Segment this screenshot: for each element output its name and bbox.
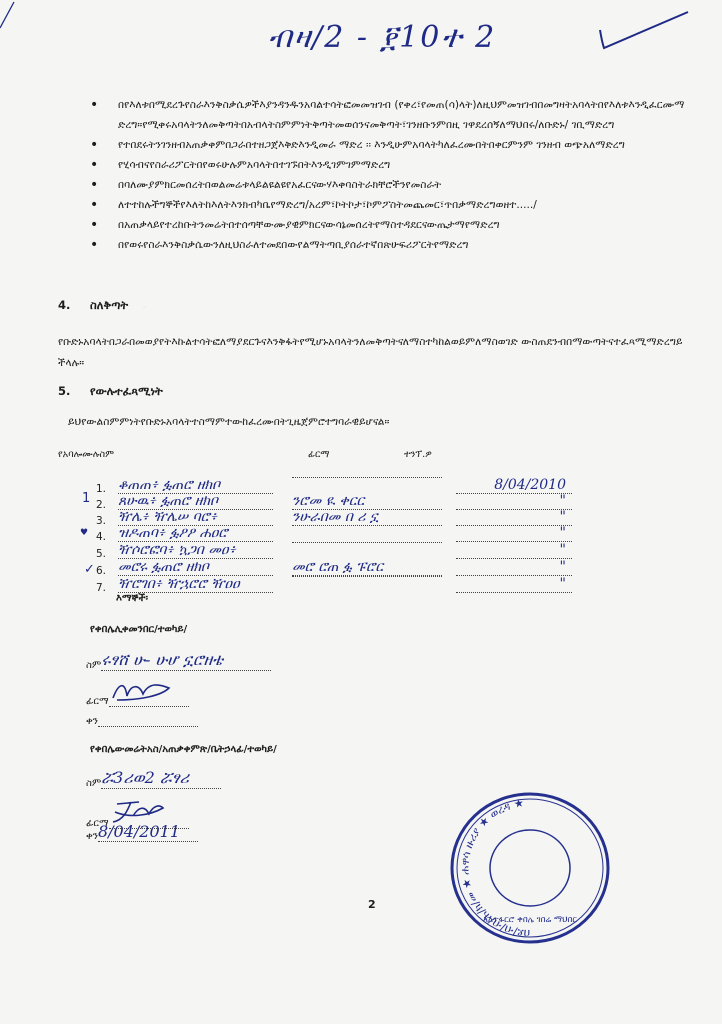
member-signature: ንሁራበመ በ ሪ ኗ [292, 509, 442, 526]
margin-mark: ✓ [84, 562, 95, 577]
signature-date: " [456, 559, 572, 576]
column-header-date: ተንፕ.ዎ [404, 449, 432, 460]
stamp-inner-text: ለለተፋርሮ ቀበሌ ገበሬ ማህበር [483, 915, 577, 925]
row-number: 4. [96, 531, 106, 543]
section-5-heading: 5.የውሉተፈጻሚነት [58, 384, 163, 399]
section-4-body: የቡድኑአባላትበጋራበመወያየትእኩልተሳትፎለማያደርጉናእንቅፋትየሚሆኑ… [58, 332, 683, 374]
section-number: 5. [58, 384, 90, 398]
member-name: ዥሶሮፎባ፥ ኳጋበ መዐ፥ [118, 542, 273, 559]
row-number: 2. [96, 499, 106, 511]
signature-scribble [109, 798, 169, 824]
member-name: ጸሁዉ፥ ፏጠሮ ዘክቦ [118, 493, 273, 510]
list-item: ለተተከሉችግኞችየእለትከእለትእንክብካቤየማድረግ/አረም፣ኮትኮታ፣ኮም… [90, 195, 690, 215]
kebele-chair-name-field: ስምሩፃሸ ሁ- ሁሆ ኗሮዘቴ [86, 650, 271, 671]
official-stamp: በደ/ብ/ብ/ሕ/ክ/መ ★ ሐዋሳ ዙሪያ ★ ወረዳ ★ ለለተፋርሮ ቀበ… [448, 790, 613, 946]
kebele-chair-signature-field: ፊርማ [86, 680, 189, 707]
signature-date: " [456, 576, 572, 593]
margin-mark: ♥ [80, 528, 88, 538]
kebele-chair-heading: የቀበሌሊቀመንበር/ተወካይ/ [90, 624, 187, 635]
column-header-name: የአባሎሙሉስም [58, 449, 114, 460]
section-number: 4. [58, 298, 90, 312]
land-office-date-field: ቀን8/04/2011 [86, 822, 198, 842]
member-signature [292, 542, 442, 543]
signature-date: " [456, 493, 572, 510]
member-name: ዥሌ፥ ዥሌሠ ባሮ፥ [118, 509, 273, 526]
member-signature: መሮ ሮጠ ፏ ፑሮር [292, 559, 442, 576]
row-number: 1. [96, 483, 106, 495]
member-name: ዝዶጠባ፥ ፏዖዖ ሐዐሮ [118, 525, 273, 542]
land-office-name-field: ስምሯ3ሪወ2 ሯፃሪ [86, 768, 221, 789]
list-item: የሂሳብናየስራሪፖርትበየወሩሁሉምአባላትበተገኙበትእንዲገምገምማድረግ [90, 155, 690, 175]
document-page: ብዛ/2 - ፻10ተ 2 በየእለቱበሚደረጉየስራእንቅስቃሴዎችእያንዳን… [0, 0, 722, 1024]
member-name: መሮሩ ፏጠሮ ዘክቦ [118, 559, 273, 576]
list-item: በባለሙያምክርመሰረትበወልመሬቱላይልዩልዩየአፈርናውሃእቀባስትራክቸሮ… [90, 175, 690, 195]
table-row: 7.ዥሮገበ፥ ዥኋሮሮ ዥዐዐ" [96, 580, 526, 596]
obligations-list: በየእለቱበሚደረጉየስራእንቅስቃሴዎችእያንዳንዱንአባልተሳትፎመመዝገብ… [90, 95, 690, 255]
land-office-heading: የቀበሌውመሬትአስ/አጠቃቀምጽ/ቤትኃላፊ/ተወካይ/ [90, 744, 277, 755]
list-item: በየወሩየስራእንቅስቃሴውንለዚህስራለተመደበውየልማትጣቢያሰራተኛበጽሁ… [90, 235, 690, 255]
member-signature [292, 525, 442, 526]
kebele-chair-date-field: ቀን [86, 716, 198, 727]
member-name: ዥሮገበ፥ ዥኋሮሮ ዥዐዐ [118, 576, 273, 593]
member-signature: ንሮመ ዪ ቀርር [292, 493, 442, 510]
row-number: 3. [96, 515, 106, 527]
section-title: ስለቅጣት [90, 298, 128, 312]
row-number: 7. [96, 582, 106, 594]
section-4-heading: 4.ስለቅጣት [58, 298, 128, 313]
list-item: በየእለቱበሚደረጉየስራእንቅስቃሴዎችእያንዳንዱንአባልተሳትፎመመዝገብ… [90, 95, 690, 135]
column-header-signature: ፊርማ [308, 449, 329, 460]
row-number: 5. [96, 548, 106, 560]
section-title: የውሉተፈጻሚነት [90, 384, 163, 398]
signature-date: " [456, 509, 572, 526]
list-item: በአጠቃላይየተረከቡትንመሬትበተሰጣቸውሙያዊምክርናውሳኔመሰረትየማስተ… [90, 215, 690, 235]
section-5-body: ይህየውልስምምነትየቡድኑአባላትተስማምተውከፈረሙበትጊዜጀምሮተግባራዊ… [68, 416, 389, 429]
witnesses-label: እማኞች፡ [116, 593, 148, 604]
signature-date: " [456, 542, 572, 559]
handwritten-reference-note: ብዛ/2 - ፻10ተ 2 [268, 20, 496, 55]
member-name: ቆጠጠ፥ ፏጠሮ ዘክቦ [118, 477, 273, 494]
signature-date: 8/04/2010 [456, 477, 572, 494]
signature-scribble [109, 680, 179, 702]
member-signature [292, 576, 442, 577]
row-number: 6. [96, 565, 106, 577]
margin-mark: 1 [82, 491, 90, 506]
list-item: የተበደሩትንገንዘብአጠቃቀምበጋራበተዘጋጀእቅድእንዲመራ ማድረ ፡፡ … [90, 135, 690, 155]
signature-date: " [456, 525, 572, 542]
page-number: 2 [368, 898, 376, 911]
checkmark-icon [590, 8, 700, 58]
member-signature [292, 477, 442, 478]
corner-pen-mark [0, 0, 20, 30]
